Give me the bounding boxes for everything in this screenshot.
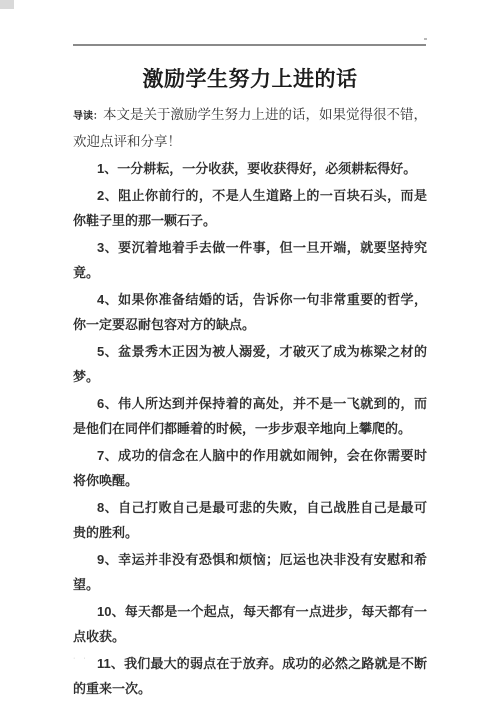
- document-body: 导读：本文是关于激励学生努力上进的话，如果觉得很不错，欢迎点评和分享！ 1、一分…: [73, 102, 427, 701]
- list-item: 10、每天都是一个起点，每天都有一点进步，每天都有一点收获。: [73, 599, 427, 649]
- document-page: 激励学生努力上进的话 导读：本文是关于激励学生努力上进的话，如果觉得很不错，欢迎…: [0, 0, 500, 708]
- list-item: 1、一分耕耘，一分收获，要收获得好，必须耕耘得好。: [73, 156, 427, 181]
- list-item: 7、成功的信念在人脑中的作用就如闹钟，会在你需要时将你唤醒。: [73, 443, 427, 493]
- list-item: 11、我们最大的弱点在于放弃。成功的必然之路就是不断的重来一次。: [73, 651, 427, 701]
- footer-mark: · ·: [73, 655, 89, 662]
- divider-end-speck: [424, 38, 427, 40]
- list-item: 2、阻止你前行的，不是人生道路上的一百块石头，而是你鞋子里的那一颗石子。: [73, 183, 427, 233]
- top-divider-rule: [73, 44, 426, 46]
- list-item: 9、幸运并非没有恐惧和烦恼；厄运也决非没有安慰和希望。: [73, 547, 427, 597]
- intro-text: 本文是关于激励学生努力上进的话，如果觉得很不错，欢迎点评和分享！: [73, 107, 427, 149]
- scan-corner-artifact: [0, 0, 14, 9]
- page-title: 激励学生努力上进的话: [0, 63, 500, 93]
- list-item: 6、伟人所达到并保持着的高处，并不是一飞就到的，而是他们在同伴们都睡着的时候，一…: [73, 391, 427, 441]
- list-item: 3、要沉着地着手去做一件事，但一旦开端，就要坚持究竟。: [73, 235, 427, 285]
- list-item: 8、自己打败自己是最可悲的失败，自己战胜自己是最可贵的胜利。: [73, 495, 427, 545]
- list-item: 5、盆景秀木正因为被人溺爱，才破灭了成为栋梁之材的梦。: [73, 339, 427, 389]
- intro-label: 导读：: [73, 111, 103, 122]
- intro-paragraph: 导读：本文是关于激励学生努力上进的话，如果觉得很不错，欢迎点评和分享！: [73, 102, 427, 154]
- list-item: 4、如果你准备结婚的话，告诉你一句非常重要的哲学，你一定要忍耐包容对方的缺点。: [73, 287, 427, 337]
